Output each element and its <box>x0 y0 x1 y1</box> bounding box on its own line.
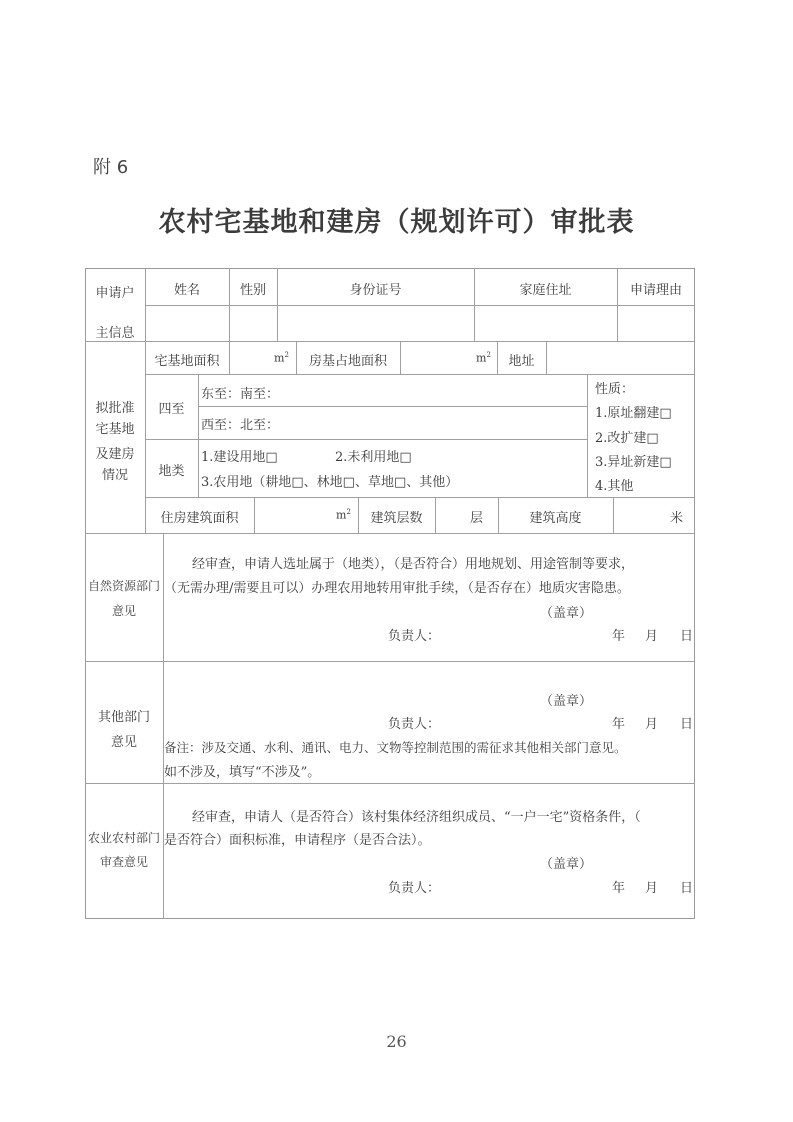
agriculture-label-2: 审查意见 <box>85 853 163 870</box>
other-departments-month: 月 <box>645 713 658 732</box>
header-name: 姓名 <box>145 279 229 298</box>
header-reason: 申请理由 <box>617 279 695 298</box>
natural-resources-text-2: （无需办理/需要且可以）办理农用地转用审批手续，（是否存在）地质灾害隐患。 <box>164 577 630 596</box>
header-home-address: 家庭住址 <box>474 279 617 298</box>
boundaries-label: 四至 <box>145 398 198 417</box>
land-type-agricultural[interactable]: 3.农用地（耕地□、林地□、草地□、其他） <box>201 471 458 490</box>
header-gender: 性别 <box>229 279 277 298</box>
homestead-section-label-2: 宅基地 <box>85 418 145 437</box>
natural-resources-label-1: 自然资源部门 <box>85 577 163 594</box>
other-departments-note-2: 如不涉及，填写“不涉及”。 <box>164 761 320 780</box>
nature-title: 性质： <box>595 378 634 397</box>
annex-label: 附 6 <box>93 153 128 179</box>
floors-field[interactable] <box>436 498 497 532</box>
home-address-field[interactable] <box>475 306 616 340</box>
natural-resources-seal: （盖章） <box>540 602 592 621</box>
page-title: 农村宅基地和建房（规划许可）审批表 <box>0 200 793 239</box>
land-type-unused[interactable]: 2.未利用地□ <box>335 446 412 465</box>
height-unit: 米 <box>670 507 683 526</box>
address-field[interactable] <box>547 342 694 373</box>
boundary-west-north[interactable]: 西至：北至： <box>201 414 279 433</box>
building-area-label: 住房建筑面积 <box>145 507 254 526</box>
header-id-number: 身份证号 <box>277 279 474 298</box>
homestead-area-label: 宅基地面积 <box>145 350 229 369</box>
homestead-area-unit: m2 <box>274 351 289 365</box>
agriculture-year: 年 <box>612 877 625 896</box>
nature-option-other[interactable]: 4.其他 <box>595 475 633 494</box>
agriculture-responsible[interactable]: 负责人： <box>388 877 440 896</box>
address-label: 地址 <box>497 350 546 369</box>
homestead-section-label-4: 情况 <box>85 464 145 483</box>
natural-resources-year: 年 <box>612 625 625 644</box>
nature-option-expand[interactable]: 2.改扩建□ <box>595 427 659 446</box>
floors-label: 建筑层数 <box>358 507 435 526</box>
other-departments-day: 日 <box>680 713 693 732</box>
agriculture-month: 月 <box>645 877 658 896</box>
natural-resources-month: 月 <box>645 625 658 644</box>
land-type-label: 地类 <box>145 460 198 479</box>
land-type-construction[interactable]: 1.建设用地□ <box>201 446 278 465</box>
other-departments-seal: （盖章） <box>540 690 592 709</box>
natural-resources-day: 日 <box>680 625 693 644</box>
applicant-label-line1: 申请户 <box>85 282 145 301</box>
homestead-section-label-1: 拟批准 <box>85 397 145 416</box>
reason-field[interactable] <box>618 306 694 340</box>
homestead-section-label-3: 及建房 <box>85 443 145 462</box>
nature-option-rebuild[interactable]: 1.原址翻建□ <box>595 402 672 421</box>
natural-resources-responsible[interactable]: 负责人： <box>388 625 440 644</box>
other-departments-label-1: 其他部门 <box>85 706 163 725</box>
page-number: 26 <box>0 1032 793 1051</box>
natural-resources-label-2: 意见 <box>85 602 163 619</box>
footprint-area-label: 房基占地面积 <box>296 350 400 369</box>
agriculture-text-2: 是否符合）面积标准，申请程序（是否合法）。 <box>164 829 431 848</box>
nature-option-relocate[interactable]: 3.异址新建□ <box>595 451 672 470</box>
boundary-east-south[interactable]: 东至：南至： <box>201 383 279 402</box>
height-label: 建筑高度 <box>498 507 613 526</box>
natural-resources-text-1: 经审查，申请人选址属于（地类），（是否符合）用地规划、用途管制等要求， <box>192 553 634 572</box>
agriculture-day: 日 <box>680 877 693 896</box>
footprint-area-unit: m2 <box>476 351 491 365</box>
agriculture-seal: （盖章） <box>540 853 592 872</box>
id-number-field[interactable] <box>278 306 473 340</box>
building-area-unit: m2 <box>336 508 351 522</box>
other-departments-note-1: 备注：涉及交通、水利、通讯、电力、文物等控制范围的需征求其他相关部门意见。 <box>164 738 627 756</box>
other-departments-year: 年 <box>612 713 625 732</box>
agriculture-text-1: 经审查，申请人（是否符合）该村集体经济组织成员、“一户一宅”资格条件，（ <box>192 806 641 825</box>
other-departments-label-2: 意见 <box>85 731 163 750</box>
floors-unit: 层 <box>470 507 483 526</box>
applicant-label-line2: 主信息 <box>85 322 145 341</box>
agriculture-label-1: 农业农村部门 <box>85 829 163 846</box>
other-departments-responsible[interactable]: 负责人： <box>388 713 440 732</box>
name-field[interactable] <box>146 306 228 340</box>
gender-field[interactable] <box>230 306 276 340</box>
